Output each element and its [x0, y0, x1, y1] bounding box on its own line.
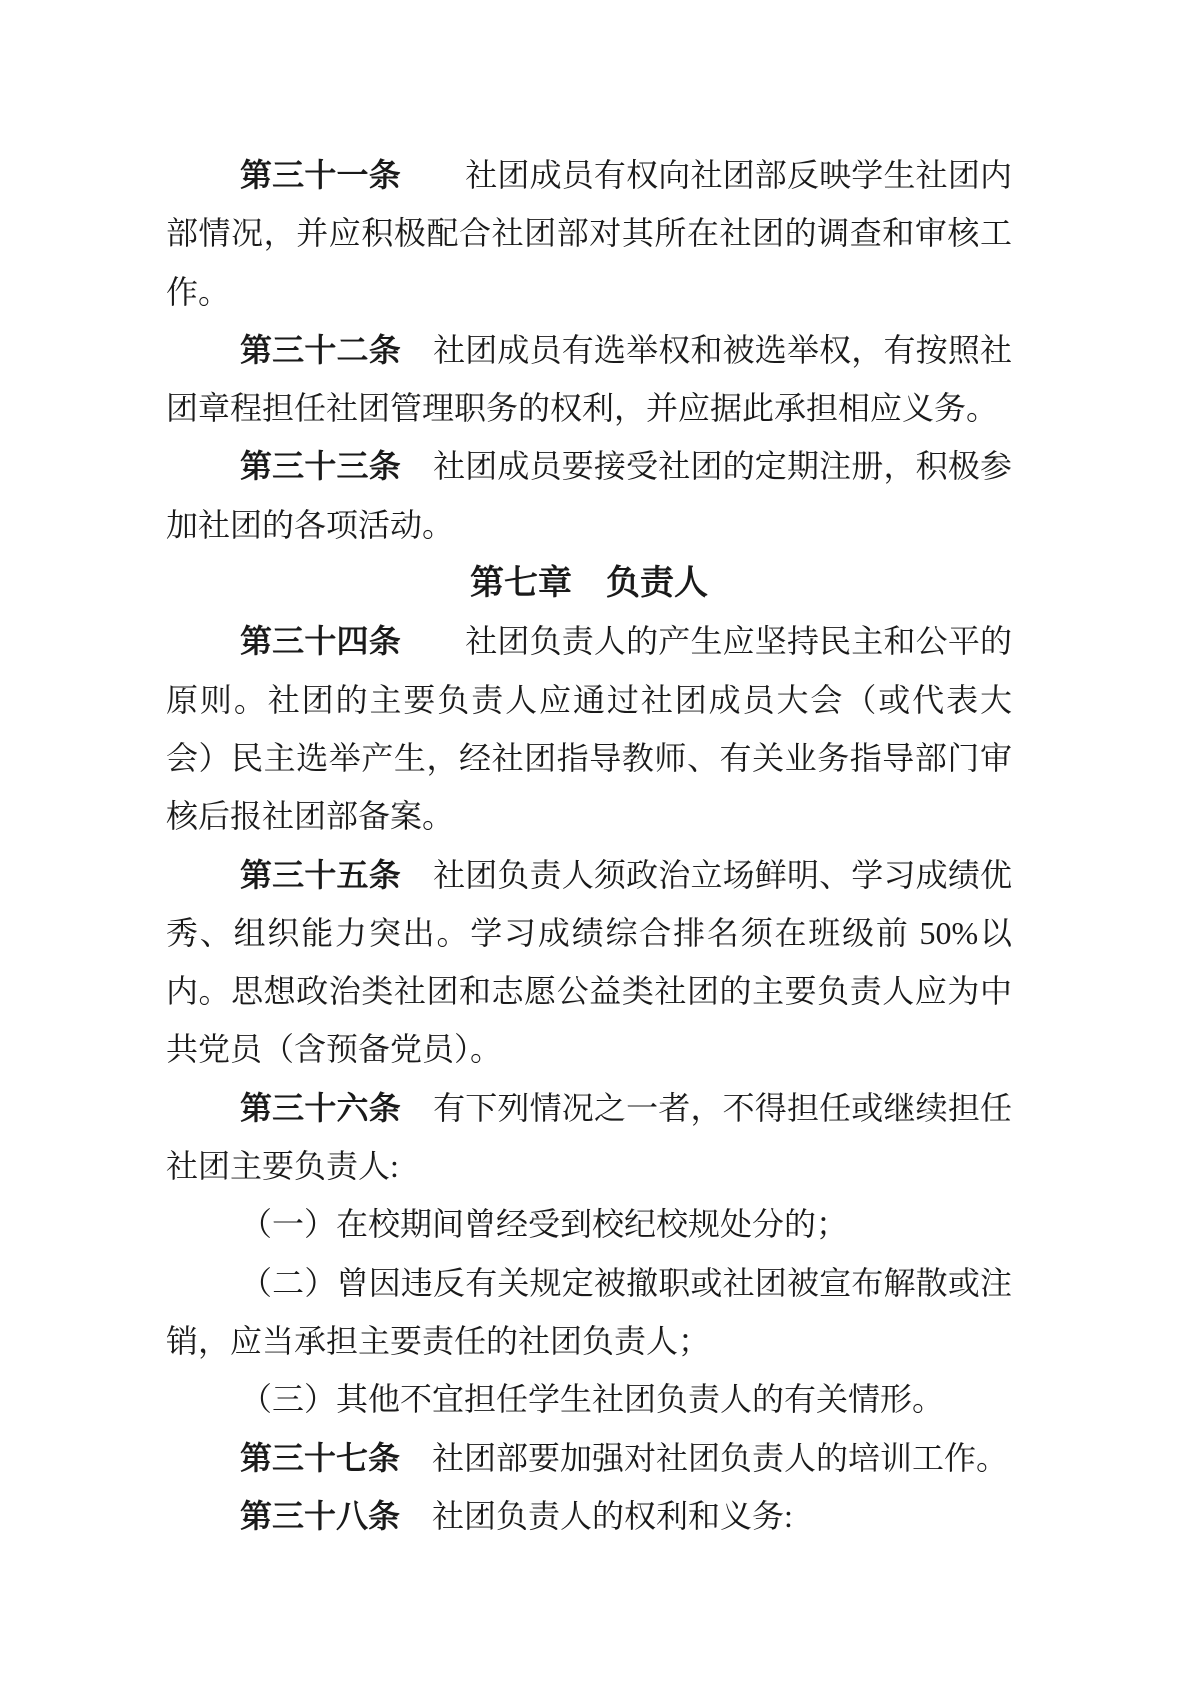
article-37-paragraph: 第三十七条 社团部要加强对社团负责人的培训工作。: [166, 1429, 1012, 1487]
article-36-gap: [401, 1090, 433, 1126]
article-38-number: 第三十八条: [240, 1498, 400, 1534]
clause-item-2: （二）曾因违反有关规定被撤职或社团被宣布解散或注销，应当承担主要责任的社团负责人…: [166, 1254, 1012, 1371]
article-32-paragraph: 第三十二条 社团成员有选举权和被选举权，有按照社团章程担任社团管理职务的权利，并…: [166, 321, 1012, 438]
article-35-gap: [401, 857, 433, 893]
chapter-7-heading: 第七章 负责人: [166, 554, 1012, 612]
article-34-gap: [401, 623, 465, 659]
article-38-text: 社团负责人的权利和义务:: [432, 1498, 793, 1534]
article-36-number: 第三十六条: [240, 1090, 401, 1126]
article-35-number: 第三十五条: [240, 857, 401, 893]
article-31-number: 第三十一条: [240, 157, 401, 193]
article-38-gap: [400, 1498, 432, 1534]
clause-item-3: （三）其他不宜担任学生社团负责人的有关情形。: [166, 1370, 1012, 1428]
article-31-paragraph: 第三十一条 社团成员有权向社团部反映学生社团内部情况，并应积极配合社团部对其所在…: [166, 146, 1012, 321]
document-text-block: 第三十一条 社团成员有权向社团部反映学生社团内部情况，并应积极配合社团部对其所在…: [166, 146, 1012, 1545]
article-34-paragraph: 第三十四条 社团负责人的产生应坚持民主和公平的原则。社团的主要负责人应通过社团成…: [166, 612, 1012, 845]
article-36-paragraph: 第三十六条 有下列情况之一者，不得担任或继续担任社团主要负责人:: [166, 1079, 1012, 1196]
article-37-text: 社团部要加强对社团负责人的培训工作。: [432, 1440, 1008, 1476]
clause-item-1: （一）在校期间曾经受到校纪校规处分的；: [166, 1195, 1012, 1253]
article-33-gap: [401, 448, 433, 484]
article-32-number: 第三十二条: [240, 332, 401, 368]
article-38-paragraph: 第三十八条 社团负责人的权利和义务:: [166, 1487, 1012, 1545]
article-35-paragraph: 第三十五条 社团负责人须政治立场鲜明、学习成绩优秀、组织能力突出。学习成绩综合排…: [166, 846, 1012, 1079]
article-31-gap: [401, 157, 465, 193]
article-37-number: 第三十七条: [240, 1440, 400, 1476]
article-33-paragraph: 第三十三条 社团成员要接受社团的定期注册，积极参加社团的各项活动。: [166, 437, 1012, 554]
article-33-number: 第三十三条: [240, 448, 401, 484]
article-34-number: 第三十四条: [240, 623, 401, 659]
article-32-gap: [401, 332, 433, 368]
article-37-gap: [400, 1440, 432, 1476]
